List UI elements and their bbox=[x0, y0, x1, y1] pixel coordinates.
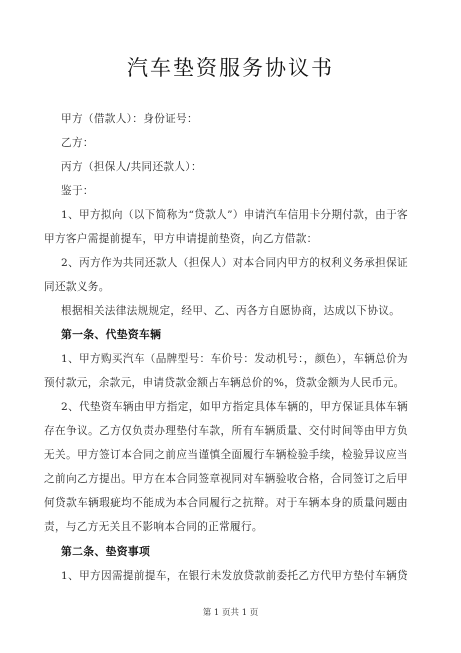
paragraph-line: 何贷款车辆瑕疵均不能成为本合同履行之抗辩。对于车辆本身的质量问题由甲方自行负 bbox=[44, 496, 408, 510]
section-heading: 第二条、垫资事项 bbox=[61, 545, 408, 559]
document-page: 汽车垫资服务协议书 甲方（借款人）：身份证号：乙方：丙方（担保人/共同还款人）：… bbox=[0, 0, 461, 653]
paragraph-line: 之前向乙方提出。甲方在本合同签章视同对车辆验收合格，合同签订之后甲方提出的任 bbox=[44, 472, 408, 486]
paragraph-line: 甲方（借款人）：身份证号： bbox=[61, 112, 408, 126]
paragraph-line: 1、甲方拟向（以下简称为“贷款人”）申请汽车信用卡分期付款，由于客观原因， bbox=[61, 208, 408, 222]
paragraph-line: 鉴于： bbox=[61, 184, 408, 198]
paragraph-line: 存在争议。乙方仅负责办理垫付车款，所有车辆质量、交付时间等由甲方负责，与乙方 bbox=[44, 424, 408, 438]
paragraph-line: 责，与乙方无关且不影响本合同的正常履行。 bbox=[44, 520, 408, 534]
paragraph-line: 乙方： bbox=[61, 136, 408, 150]
page-footer: 第 1 页共 1 页 bbox=[0, 606, 461, 618]
paragraph-line: 2、代垫资车辆由甲方指定，如甲方指定具体车辆的，甲方保证具体车辆的权属不 bbox=[61, 400, 408, 414]
paragraph-line: 甲方客户需提前提车，甲方申请提前垫资，向乙方借款： bbox=[44, 232, 408, 246]
paragraph-line: 同还款义务。 bbox=[44, 280, 408, 294]
paragraph-line: 根据相关法律法规规定，经甲、乙、丙各方自愿协商，达成以下协议。 bbox=[61, 304, 408, 318]
section-heading: 第一条、代垫资车辆 bbox=[61, 328, 408, 342]
paragraph-line: 2、丙方作为共同还款人（担保人）对本合同内甲方的权利义务承担保证责任或共 bbox=[61, 256, 408, 270]
paragraph-line: 1、甲方购买汽车（品牌型号：车价号：发动机号：，颜色），车辆总价为人民币元， bbox=[61, 352, 408, 366]
paragraph-line: 预付款元，余款元，申请贷款金额占车辆总价的%，贷款金额为人民币元。 bbox=[44, 376, 408, 390]
document-title: 汽车垫资服务协议书 bbox=[0, 52, 461, 82]
paragraph-line: 无关。甲方签订本合同之前应当谨慎全面履行车辆检验手续，检验异议应当在合同签订 bbox=[44, 448, 408, 462]
paragraph-line: 丙方（担保人/共同还款人）： bbox=[61, 160, 408, 174]
paragraph-line: 1、甲方因需提前提车，在银行未发放贷款前委托乙方代甲方垫付车辆贷款，并自 bbox=[61, 569, 408, 583]
